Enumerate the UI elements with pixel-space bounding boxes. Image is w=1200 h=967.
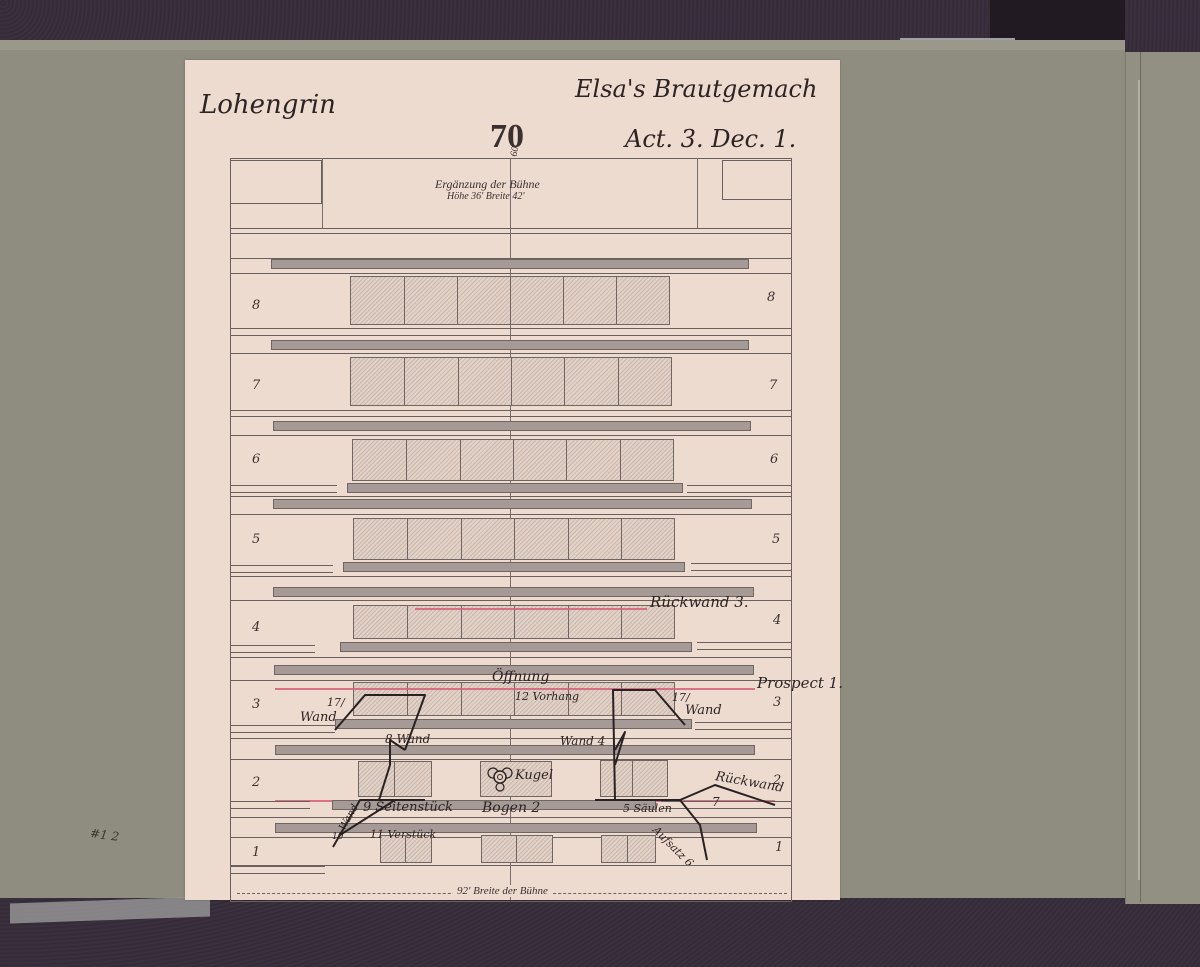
- album-board-edge: [0, 40, 1125, 50]
- stage-plan-sheet: Lohengrin Elsa's Brautgemach 70 Act. 3. …: [185, 60, 840, 900]
- binding-stitch-line: [1138, 80, 1140, 880]
- handdrawn-ink-strokes: [185, 60, 840, 900]
- gutter-fold: [1140, 52, 1141, 902]
- album-next-leaf: [1125, 52, 1200, 904]
